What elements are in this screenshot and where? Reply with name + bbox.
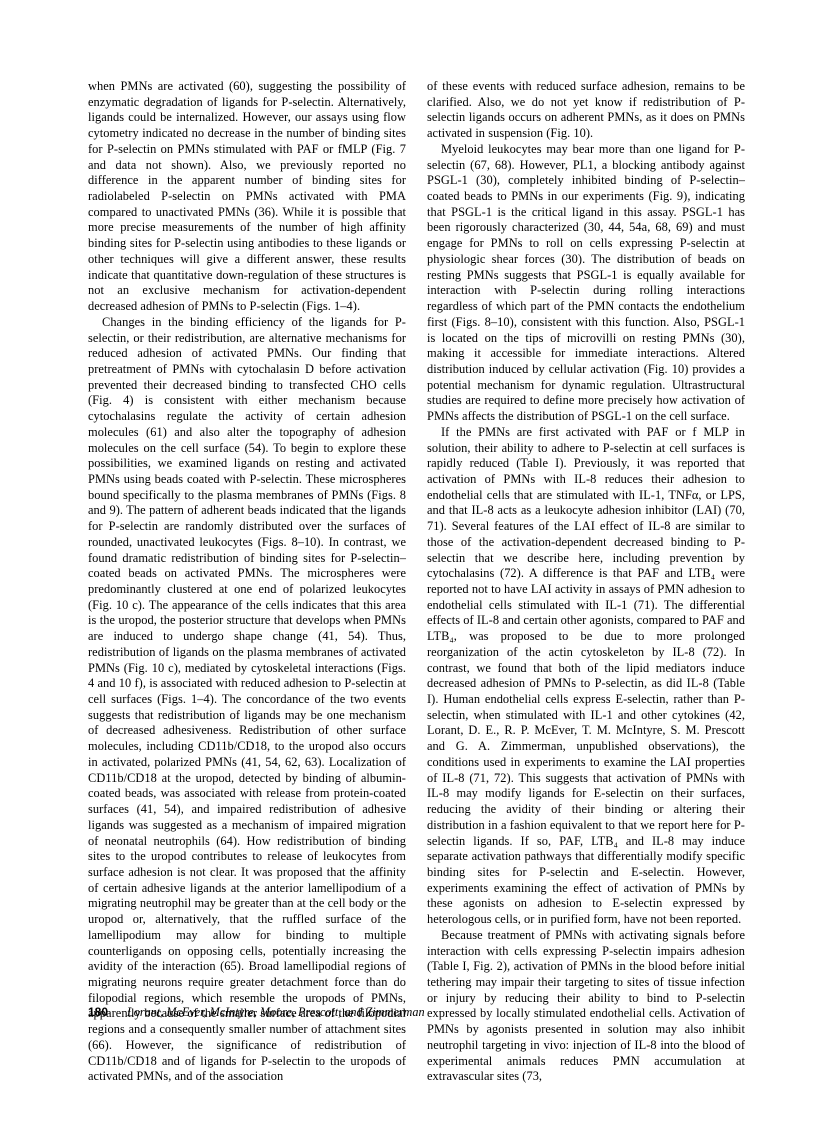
paragraph: Because treatment of PMNs with activatin…	[427, 928, 745, 1085]
running-authors: Lorant, McEver, McIntyre, Moore, Prescot…	[127, 1005, 425, 1020]
paragraph: of these events with reduced surface adh…	[427, 79, 745, 142]
page-footer: 180 Lorant, McEver, McIntyre, Moore, Pre…	[88, 1005, 425, 1020]
body-text: when PMNs are activated (60), suggesting…	[88, 79, 745, 1085]
paragraph: If the PMNs are first activated with PAF…	[427, 425, 745, 928]
journal-page: when PMNs are activated (60), suggesting…	[0, 0, 816, 1132]
page-number: 180	[88, 1005, 108, 1019]
paragraph: Myeloid leukocytes may bear more than on…	[427, 142, 745, 425]
right-column: of these events with reduced surface adh…	[427, 79, 745, 1085]
paragraph: Changes in the binding efficiency of the…	[88, 315, 406, 1085]
paragraph: when PMNs are activated (60), suggesting…	[88, 79, 406, 315]
left-column: when PMNs are activated (60), suggesting…	[88, 79, 406, 1085]
